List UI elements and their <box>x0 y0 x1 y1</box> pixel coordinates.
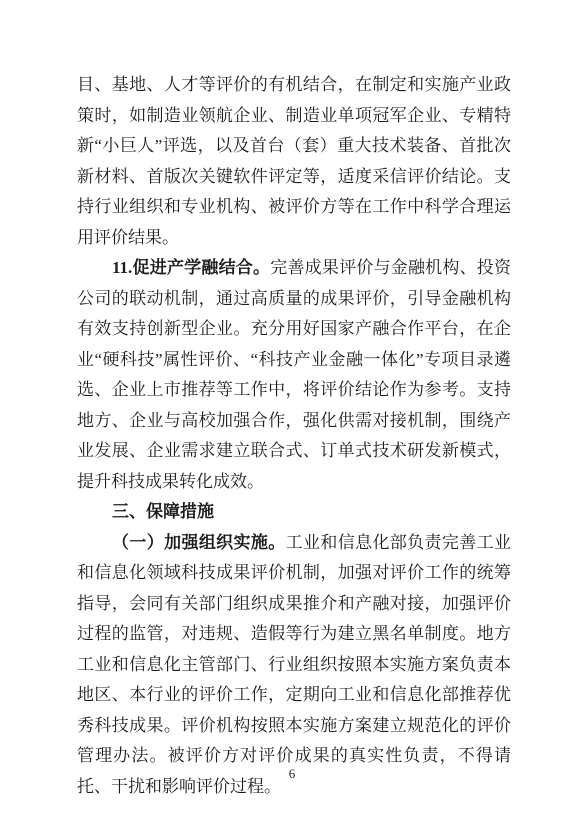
text-run: 完善成果评价与金融机构、投资公司的联动机制，通过高质量的成果评价，引导金融机构有… <box>77 258 511 491</box>
document-body: 目、基地、人才等评价的有机结合，在制定和实施产业政策时，如制造业领航企业、制造业… <box>77 70 511 802</box>
bold-run: 三、保障措施 <box>112 502 214 521</box>
page-number: 6 <box>0 766 584 782</box>
paragraph: 11.促进产学融结合。完善成果评价与金融机构、投资公司的联动机制，通过高质量的成… <box>77 253 511 497</box>
bold-run: 11.促进产学融结合。 <box>112 258 270 277</box>
text-run: 目、基地、人才等评价的有机结合，在制定和实施产业政策时，如制造业领航企业、制造业… <box>77 75 511 247</box>
paragraph: 目、基地、人才等评价的有机结合，在制定和实施产业政策时，如制造业领航企业、制造业… <box>77 70 511 253</box>
text-run: 工业和信息化部负责完善工业和信息化领域科技成果评价机制，加强对评价工作的统筹指导… <box>77 533 511 796</box>
section-heading: 三、保障措施 <box>77 497 511 528</box>
document-page: 目、基地、人才等评价的有机结合，在制定和实施产业政策时，如制造业领航企业、制造业… <box>0 0 584 836</box>
paragraph: （一）加强组织实施。工业和信息化部负责完善工业和信息化领域科技成果评价机制，加强… <box>77 528 511 803</box>
bold-run: （一）加强组织实施。 <box>112 533 286 552</box>
